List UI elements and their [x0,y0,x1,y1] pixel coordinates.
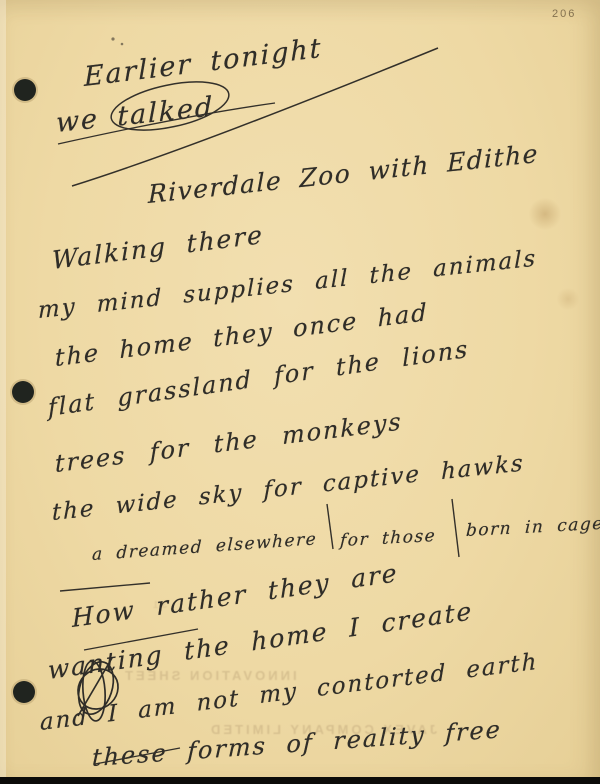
paper-stain [528,198,562,230]
hole-punch-bottom [13,681,35,703]
heading-line-2: we talked [56,91,214,139]
insertion-left: a dreamed elsewhere [92,529,318,565]
insertion-underline [60,583,150,591]
ink-dots [111,37,123,45]
paper-stain [556,288,580,310]
insertion-mid: for those [339,526,436,551]
heading-line-1: Earlier tonight [84,33,323,93]
hole-punch-middle [12,381,34,403]
poem-line: trees for the monkeys [55,407,403,478]
insertion-right: born in cages [465,513,600,541]
scan-edge-bottom [0,777,600,784]
page-number: 206 [552,8,576,20]
hole-punch-top [14,79,36,101]
scan-edge-highlight [0,0,6,784]
insertion-bar-left [327,504,333,549]
manuscript-page: 206 INNOVATION SHEET JAVEX COMPANY LIMIT… [0,0,600,784]
poem-title: Riverdale Zoo with Edithe [148,139,539,209]
insertion-bar-right [452,499,459,557]
poem-line: Walking there [52,220,264,275]
